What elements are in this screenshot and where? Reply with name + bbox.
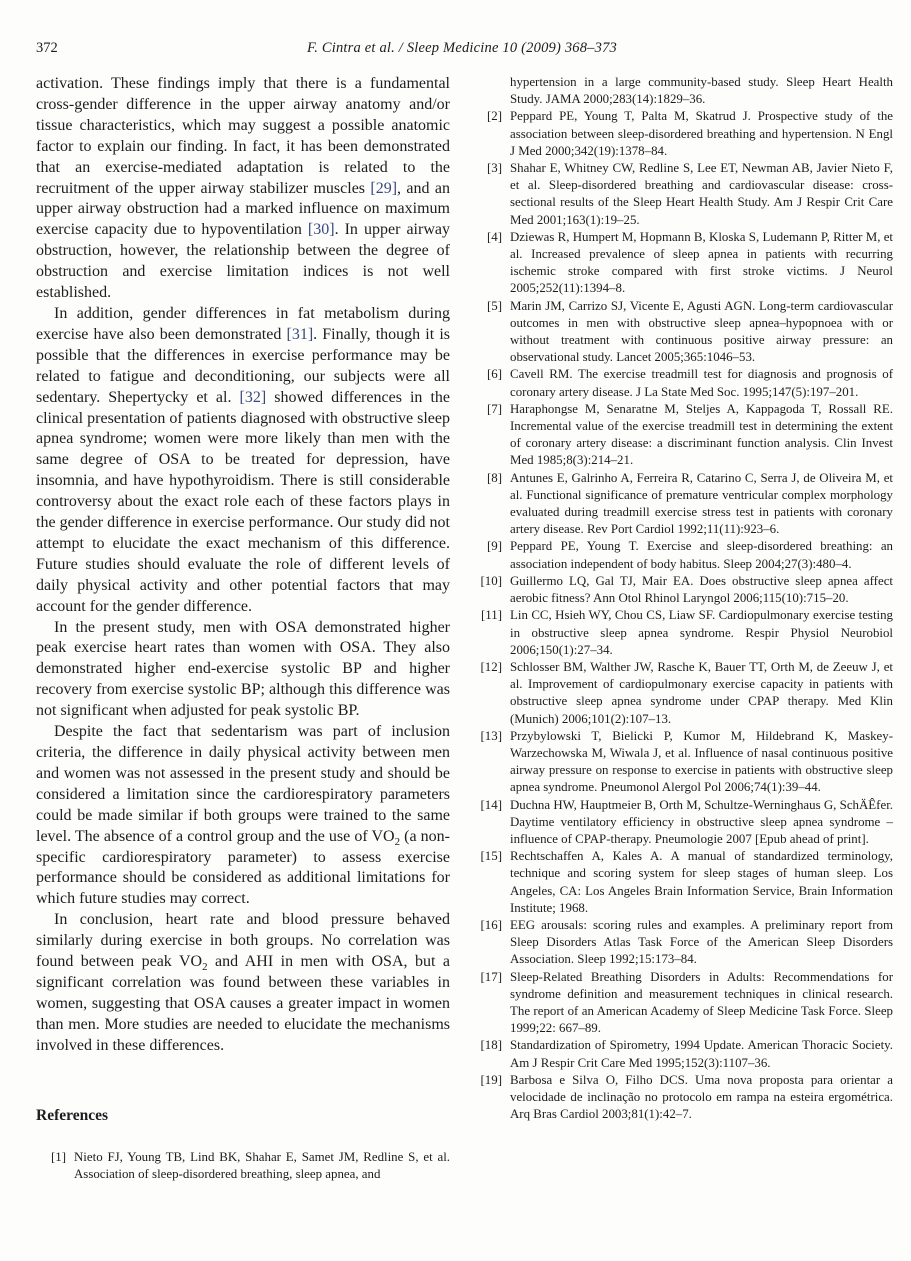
references-list-right: [2]Peppard PE, Young T, Palta M, Skatrud… (472, 108, 893, 1123)
reference-text: Peppard PE, Young T. Exercise and sleep-… (510, 539, 893, 570)
reference-number: [5] (472, 298, 502, 315)
citation-ref: [31] (286, 326, 313, 343)
subscript: 2 (202, 961, 207, 973)
reference-item: [8]Antunes E, Galrinho A, Ferreira R, Ca… (472, 470, 893, 539)
reference-text: Rechtschaffen A, Kales A. A manual of st… (510, 849, 893, 915)
reference-item: [4]Dziewas R, Humpert M, Hopmann B, Klos… (472, 229, 893, 298)
body-paragraph: Despite the fact that sedentarism was pa… (36, 722, 450, 910)
reference-text: Cavell RM. The exercise treadmill test f… (510, 367, 893, 398)
reference-number: [18] (472, 1037, 502, 1054)
reference-item: [14]Duchna HW, Hauptmeier B, Orth M, Sch… (472, 797, 893, 849)
reference-number: [4] (472, 229, 502, 246)
left-column: activation. These findings imply that th… (36, 74, 450, 1261)
references-list-left: [1]Nieto FJ, Young TB, Lind BK, Shahar E… (36, 1149, 450, 1183)
reference-number: [8] (472, 470, 502, 487)
reference-number: [13] (472, 728, 502, 745)
reference-number: [9] (472, 538, 502, 555)
reference-text: Dziewas R, Humpert M, Hopmann B, Kloska … (510, 230, 893, 296)
reference-text: Haraphongse M, Senaratne M, Steljes A, K… (510, 402, 893, 468)
body-paragraph: In conclusion, heart rate and blood pres… (36, 910, 450, 1056)
reference-text: Standardization of Spirometry, 1994 Upda… (510, 1038, 893, 1069)
reference-text: Przybylowski T, Bielicki P, Kumor M, Hil… (510, 729, 893, 795)
reference-item: [7]Haraphongse M, Senaratne M, Steljes A… (472, 401, 893, 470)
reference-item: [12]Schlosser BM, Walther JW, Rasche K, … (472, 659, 893, 728)
reference-item: [9]Peppard PE, Young T. Exercise and sle… (472, 538, 893, 572)
citation-ref: [30] (308, 221, 335, 238)
reference-number: [10] (472, 573, 502, 590)
reference-item: [16]EEG arousals: scoring rules and exam… (472, 917, 893, 969)
body-paragraph: In addition, gender differences in fat m… (36, 304, 450, 618)
reference-item: [6]Cavell RM. The exercise treadmill tes… (472, 366, 893, 400)
reference-item: [1]Nieto FJ, Young TB, Lind BK, Shahar E… (36, 1149, 450, 1183)
body-text: activation. These findings imply that th… (36, 74, 450, 1057)
reference-number: [12] (472, 659, 502, 676)
reference-text: Duchna HW, Hauptmeier B, Orth M, Schultz… (510, 798, 893, 846)
reference-item: [3]Shahar E, Whitney CW, Redline S, Lee … (472, 160, 893, 229)
reference-number: [1] (36, 1149, 66, 1166)
reference-text: Sleep-Related Breathing Disorders in Adu… (510, 970, 893, 1036)
reference-item: [18]Standardization of Spirometry, 1994 … (472, 1037, 893, 1071)
reference-number: [2] (472, 108, 502, 125)
reference-number: [7] (472, 401, 502, 418)
reference-text: Guillermo LQ, Gal TJ, Mair EA. Does obst… (510, 574, 893, 605)
reference-item: [2]Peppard PE, Young T, Palta M, Skatrud… (472, 108, 893, 160)
reference-number: [19] (472, 1072, 502, 1089)
running-title: F. Cintra et al. / Sleep Medicine 10 (20… (36, 40, 888, 57)
reference-item: [15]Rechtschaffen A, Kales A. A manual o… (472, 848, 893, 917)
reference-number: [17] (472, 969, 502, 986)
reference-text: Nieto FJ, Young TB, Lind BK, Shahar E, S… (74, 1150, 450, 1181)
reference-number: [3] (472, 160, 502, 177)
subscript: 2 (395, 836, 400, 848)
reference-text: Marin JM, Carrizo SJ, Vicente E, Agusti … (510, 299, 893, 365)
citation-ref: [29] (370, 180, 397, 197)
reference-item: [17]Sleep-Related Breathing Disorders in… (472, 969, 893, 1038)
reference-text: Shahar E, Whitney CW, Redline S, Lee ET,… (510, 161, 893, 227)
reference-item: [13]Przybylowski T, Bielicki P, Kumor M,… (472, 728, 893, 797)
reference-continuation: hypertension in a large community-based … (472, 74, 893, 108)
reference-number: [6] (472, 366, 502, 383)
citation-ref: [32] (240, 389, 267, 406)
reference-number: [15] (472, 848, 502, 865)
reference-text: Peppard PE, Young T, Palta M, Skatrud J.… (510, 109, 893, 157)
reference-item: [19]Barbosa e Silva O, Filho DCS. Uma no… (472, 1072, 893, 1124)
reference-item: [10]Guillermo LQ, Gal TJ, Mair EA. Does … (472, 573, 893, 607)
reference-text: Lin CC, Hsieh WY, Chou CS, Liaw SF. Card… (510, 608, 893, 656)
reference-text: Schlosser BM, Walther JW, Rasche K, Baue… (510, 660, 893, 726)
reference-number: [14] (472, 797, 502, 814)
two-column-body: activation. These findings imply that th… (36, 74, 895, 1261)
body-paragraph: In the present study, men with OSA demon… (36, 618, 450, 723)
reference-number: [11] (472, 607, 502, 624)
references-heading: References (36, 1107, 450, 1125)
reference-item: [11]Lin CC, Hsieh WY, Chou CS, Liaw SF. … (472, 607, 893, 659)
reference-item: [5]Marin JM, Carrizo SJ, Vicente E, Agus… (472, 298, 893, 367)
reference-number: [16] (472, 917, 502, 934)
page-header: 372 F. Cintra et al. / Sleep Medicine 10… (36, 40, 888, 62)
reference-text: Barbosa e Silva O, Filho DCS. Uma nova p… (510, 1073, 893, 1121)
reference-text: Antunes E, Galrinho A, Ferreira R, Catar… (510, 471, 893, 537)
journal-page: 372 F. Cintra et al. / Sleep Medicine 10… (0, 0, 911, 1261)
right-column: hypertension in a large community-based … (472, 74, 893, 1261)
reference-text: EEG arousals: scoring rules and examples… (510, 918, 893, 966)
body-paragraph: activation. These findings imply that th… (36, 74, 450, 304)
